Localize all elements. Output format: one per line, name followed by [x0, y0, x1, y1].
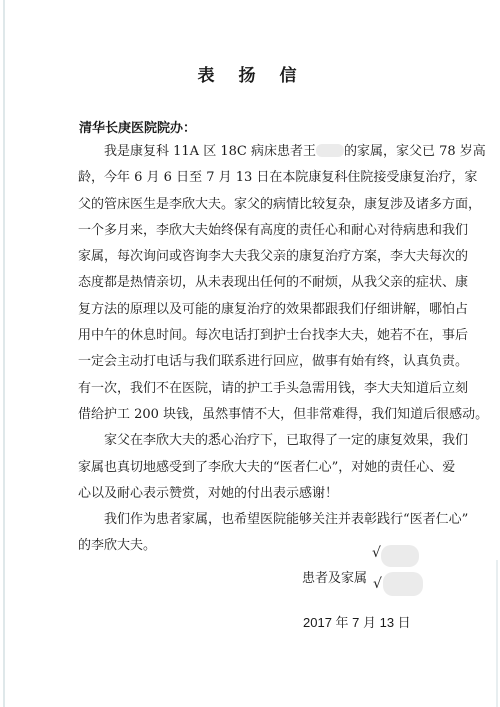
text-line: 有一次，我们不在医院，请的护工手头急需用钱，李大夫知道后立刻 [52, 376, 430, 402]
signature-label: 患者及家属 [302, 567, 367, 586]
letter-title: 表扬信 [0, 61, 500, 86]
text-line: 龄，今年 6 月 6 日至 7 月 13 日在本院康复科住院接受康复治疗，家 [52, 165, 430, 191]
redacted-signature [383, 572, 423, 596]
redacted-name [316, 144, 344, 157]
text-line: 家属也真切地感受到了李欣大夫的“医者仁心”，对她的责任心、爱 [52, 455, 430, 481]
salutation: 清华长庚医院院办： [79, 117, 196, 136]
redacted-signature [381, 545, 419, 567]
text-line: 父的管床医生是李欣大夫。家父的病情比较复杂，康复涉及诸多方面， [52, 192, 430, 218]
text-line: 我是康复科 11A 区 18C 病床患者王的家属，家父已 78 岁高 [78, 139, 430, 165]
text-line: 一定会主动打电话与我们联系进行回应，做事有始有终，认真负责。 [52, 349, 430, 375]
scan-edge-left [3, 0, 5, 707]
signature-check-icon: √ [372, 545, 381, 561]
text-line: 我们作为患者家属，也希望医院能够关注并表彰践行“医者仁心” [78, 507, 430, 533]
text-line: 心以及耐心表示赞赏，对她的付出表示感谢！ [52, 481, 430, 507]
signature-check-icon: √ [373, 576, 382, 592]
text-line: 态度都是热情亲切，从未表现出任何的不耐烦，从我父亲的症状、康 [52, 270, 430, 296]
text-line: 复方法的原理以及可能的康复治疗的效果都跟我们仔细讲解，哪怕占 [52, 297, 430, 323]
scan-edge-right [496, 560, 498, 707]
text-line: 家属，每次询问或咨询李大夫我父亲的康复治疗方案，李大夫每次的 [52, 244, 430, 270]
text-line: 家父在李欣大夫的悉心治疗下，已取得了一定的康复效果，我们 [78, 428, 430, 454]
text-line: 借给护工 200 块钱，虽然事情不大，但非常难得，我们知道后很感动。 [52, 402, 430, 428]
paragraph-2: 家父在李欣大夫的悉心治疗下，已取得了一定的康复效果，我们 家属也真切地感受到了李… [78, 428, 430, 507]
text-line: 用中午的休息时间。每次电话打到护士台找李大夫，她若不在，事后 [52, 323, 430, 349]
text-line: 一个多月来，李欣大夫始终保有高度的责任心和耐心对待病患和我们 [52, 218, 430, 244]
letter-body: 我是康复科 11A 区 18C 病床患者王的家属，家父已 78 岁高 龄，今年 … [78, 139, 430, 560]
letter-date: 2017 年 7 月 13 日 [303, 612, 411, 631]
paragraph-1: 我是康复科 11A 区 18C 病床患者王的家属，家父已 78 岁高 龄，今年 … [78, 139, 430, 428]
